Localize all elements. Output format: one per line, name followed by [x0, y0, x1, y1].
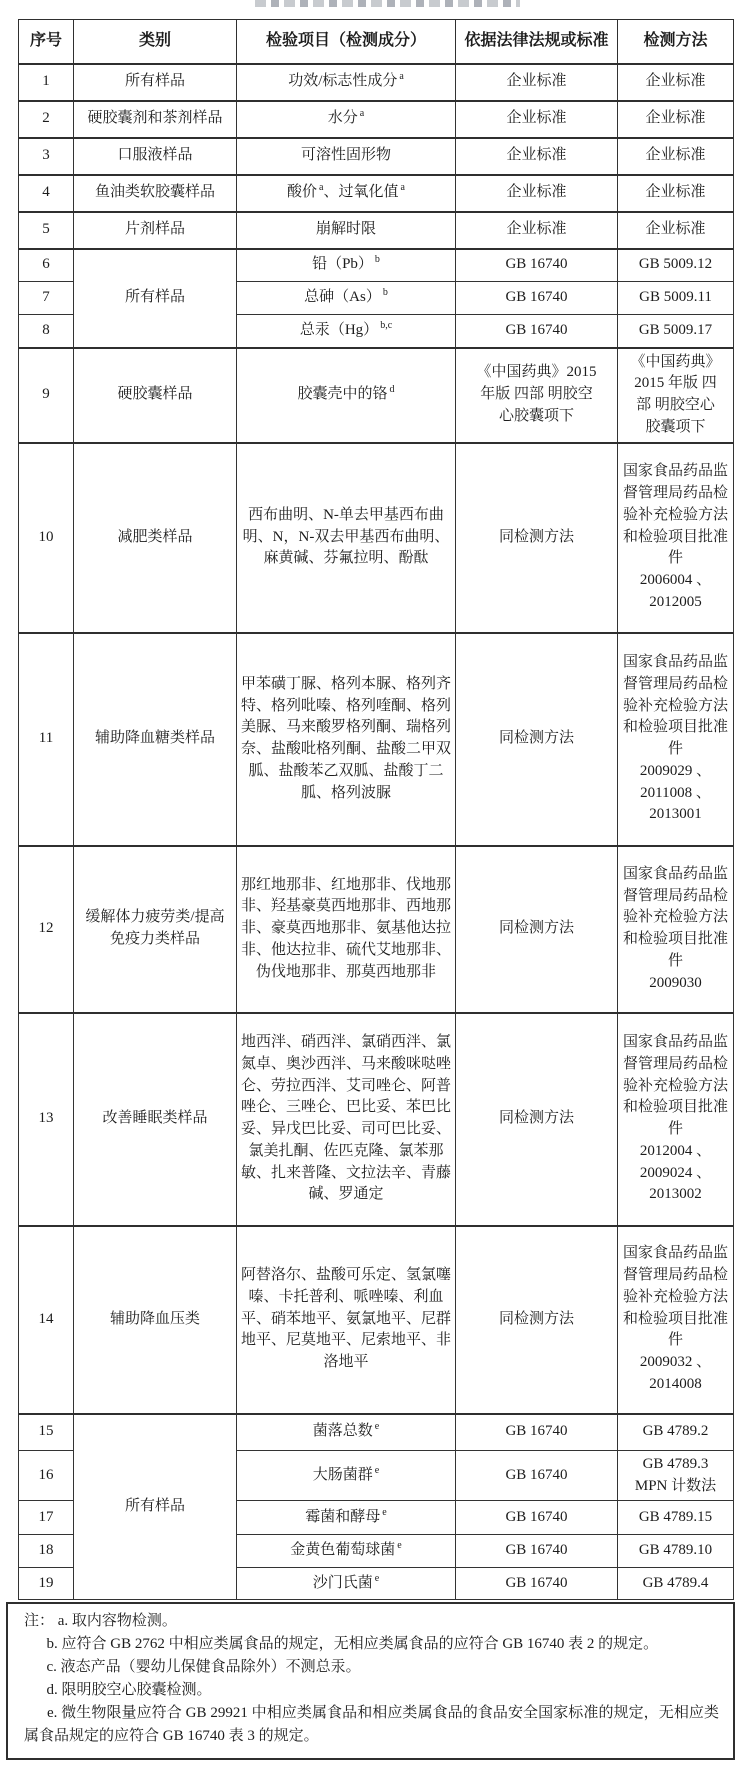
item-cell: 沙门氏菌e	[237, 1568, 456, 1600]
category-cell: 所有样品	[74, 1414, 237, 1600]
basis-cell: GB 16740	[456, 1451, 618, 1501]
table-row: 10 减肥类样品 西布曲明、N-单去甲基西布曲明、N，N-双去甲基西布曲明、麻黄…	[19, 443, 734, 633]
basis-cell: 企业标准	[456, 101, 618, 138]
method-cell: 国家食品药品监督管理局药品检验补充检验方法和检验项目批准件 2012004 、 …	[618, 1013, 734, 1226]
item-text: 酸价	[287, 184, 317, 200]
row-number-cell: 3	[19, 138, 74, 175]
item-text: 功效/标志性成分	[288, 73, 397, 89]
method-cell: GB 4789.4	[618, 1568, 734, 1600]
item-cell: 金黄色葡萄球菌e	[237, 1535, 456, 1568]
row-number-cell: 2	[19, 101, 74, 138]
item-cell: 甲苯磺丁脲、格列本脲、格列齐特、格列吡嗪、格列喹酮、格列美脲、马来酸罗格列酮、瑞…	[237, 633, 456, 846]
method-cell: 企业标准	[618, 212, 734, 249]
footnotes-box: 注： a. 取内容物检测。 b. 应符合 GB 2762 中相应类属食品的规定，…	[6, 1602, 735, 1760]
item-cell: 地西泮、硝西泮、氯硝西泮、氯氮卓、奥沙西泮、马来酸咪哒唑仑、劳拉西泮、艾司唑仑、…	[237, 1013, 456, 1226]
item-cell: 酸价a、过氧化值a	[237, 175, 456, 212]
inspection-items-table: 序号 类别 检验项目（检测成分） 依据法律法规或标准 检测方法 1 所有样品 功…	[18, 19, 734, 1600]
item-text: 水分	[328, 110, 358, 126]
category-cell: 口服液样品	[74, 138, 237, 175]
item-text: 沙门氏菌	[313, 1575, 373, 1591]
superscript-note-ref: e	[375, 1573, 379, 1584]
superscript-note-ref: b	[375, 254, 380, 265]
clipped-title-fragment	[255, 0, 520, 7]
basis-cell: GB 16740	[456, 249, 618, 282]
row-number-cell: 5	[19, 212, 74, 249]
superscript-note-ref: b,c	[380, 320, 392, 331]
row-number-cell: 19	[19, 1568, 74, 1600]
footnote-b: b. 应符合 GB 2762 中相应类属食品的规定，无相应类属食品的应符合 GB…	[24, 1633, 719, 1656]
category-cell: 所有样品	[74, 249, 237, 348]
footnote-a: 注： a. 取内容物检测。	[24, 1610, 719, 1633]
category-cell: 辅助降血压类	[74, 1226, 237, 1414]
table-row: 11 辅助降血糖类样品 甲苯磺丁脲、格列本脲、格列齐特、格列吡嗪、格列喹酮、格列…	[19, 633, 734, 846]
superscript-note-ref: a	[401, 182, 405, 193]
basis-cell: 企业标准	[456, 212, 618, 249]
basis-cell: 同检测方法	[456, 443, 618, 633]
table-row: 14 辅助降血压类 阿替洛尔、盐酸可乐定、氢氯噻嗪、卡托普利、哌唑嗪、利血平、硝…	[19, 1226, 734, 1414]
item-cell: 那红地那非、红地那非、伐地那非、羟基豪莫西地那非、西地那非、豪莫西地那非、氨基他…	[237, 846, 456, 1013]
table-row: 5 片剂样品 崩解时限 企业标准 企业标准	[19, 212, 734, 249]
item-cell: 水分a	[237, 101, 456, 138]
item-cell: 西布曲明、N-单去甲基西布曲明、N，N-双去甲基西布曲明、麻黄碱、芬氟拉明、酚酞	[237, 443, 456, 633]
header-row: 序号 类别 检验项目（检测成分） 依据法律法规或标准 检测方法	[19, 20, 734, 64]
basis-cell: 企业标准	[456, 64, 618, 101]
basis-cell: GB 16740	[456, 1535, 618, 1568]
method-cell: 国家食品药品监督管理局药品检验补充检验方法和检验项目批准件 2009032 、 …	[618, 1226, 734, 1414]
item-text: 胶囊壳中的铬	[297, 386, 387, 402]
row-number-cell: 17	[19, 1501, 74, 1535]
item-cell: 菌落总数e	[237, 1414, 456, 1451]
method-cell: 国家食品药品监督管理局药品检验补充检验方法和检验项目批准件 2009029 、 …	[618, 633, 734, 846]
table-row: 1 所有样品 功效/标志性成分a 企业标准 企业标准	[19, 64, 734, 101]
basis-cell: 企业标准	[456, 175, 618, 212]
method-cell: 企业标准	[618, 64, 734, 101]
method-cell: 企业标准	[618, 138, 734, 175]
item-text: 大肠菌群	[313, 1467, 373, 1483]
item-text: 金黄色葡萄球菌	[290, 1542, 395, 1558]
row-number-cell: 9	[19, 348, 74, 443]
table-row: 2 硬胶囊剂和茶剂样品 水分a 企业标准 企业标准	[19, 101, 734, 138]
footnote-d: d. 限明胶空心胶囊检测。	[24, 1679, 719, 1702]
method-cell: 国家食品药品监督管理局药品检验补充检验方法和检验项目批准件 2006004 、 …	[618, 443, 734, 633]
basis-cell: 同检测方法	[456, 633, 618, 846]
item-text: 、过氧化值	[324, 184, 399, 200]
method-cell: GB 4789.15	[618, 1501, 734, 1535]
row-number-cell: 10	[19, 443, 74, 633]
superscript-note-ref: d	[390, 384, 395, 395]
row-number-cell: 18	[19, 1535, 74, 1568]
item-cell: 总汞（Hg）b,c	[237, 315, 456, 348]
method-cell: GB 5009.12	[618, 249, 734, 282]
category-cell: 所有样品	[74, 64, 237, 101]
item-cell: 可溶性固形物	[237, 138, 456, 175]
item-cell: 霉菌和酵母e	[237, 1501, 456, 1535]
footnote-c: c. 液态产品（婴幼儿保健食品除外）不测总汞。	[24, 1656, 719, 1679]
method-cell: 国家食品药品监督管理局药品检验补充检验方法和检验项目批准件 2009030	[618, 846, 734, 1013]
header-category: 类别	[74, 20, 237, 64]
method-cell: 企业标准	[618, 175, 734, 212]
item-cell: 功效/标志性成分a	[237, 64, 456, 101]
inspection-table-sheet: 序号 类别 检验项目（检测成分） 依据法律法规或标准 检测方法 1 所有样品 功…	[6, 19, 735, 1760]
header-item: 检验项目（检测成分）	[237, 20, 456, 64]
row-number-cell: 6	[19, 249, 74, 282]
superscript-note-ref: e	[397, 1540, 401, 1551]
item-text: 铅（Pb）	[312, 256, 373, 272]
row-number-cell: 13	[19, 1013, 74, 1226]
method-cell: GB 4789.3 MPN 计数法	[618, 1451, 734, 1501]
table-row: 6 所有样品 铅（Pb）b GB 16740 GB 5009.12	[19, 249, 734, 282]
basis-cell: GB 16740	[456, 1501, 618, 1535]
basis-cell: 同检测方法	[456, 1226, 618, 1414]
method-cell: GB 4789.10	[618, 1535, 734, 1568]
header-method: 检测方法	[618, 20, 734, 64]
superscript-note-ref: a	[360, 108, 364, 119]
method-cell: GB 5009.11	[618, 282, 734, 315]
item-cell: 大肠菌群e	[237, 1451, 456, 1501]
category-cell: 缓解体力疲劳类/提高免疫力类样品	[74, 846, 237, 1013]
item-text: 总砷（As）	[304, 289, 381, 305]
superscript-note-ref: e	[375, 1465, 379, 1476]
category-cell: 减肥类样品	[74, 443, 237, 633]
header-no: 序号	[19, 20, 74, 64]
table-row: 15 所有样品 菌落总数e GB 16740 GB 4789.2	[19, 1414, 734, 1451]
category-cell: 鱼油类软胶囊样品	[74, 175, 237, 212]
method-cell: GB 5009.17	[618, 315, 734, 348]
category-cell: 辅助降血糖类样品	[74, 633, 237, 846]
footnote-e: e. 微生物限量应符合 GB 29921 中相应类属食品和相应类属食品的食品安全…	[24, 1702, 719, 1748]
category-cell: 硬胶囊剂和茶剂样品	[74, 101, 237, 138]
row-number-cell: 14	[19, 1226, 74, 1414]
row-number-cell: 1	[19, 64, 74, 101]
method-cell: GB 4789.2	[618, 1414, 734, 1451]
item-cell: 铅（Pb）b	[237, 249, 456, 282]
basis-cell: 同检测方法	[456, 1013, 618, 1226]
superscript-note-ref: a	[399, 71, 403, 82]
basis-cell: 企业标准	[456, 138, 618, 175]
row-number-cell: 7	[19, 282, 74, 315]
item-cell: 阿替洛尔、盐酸可乐定、氢氯噻嗪、卡托普利、哌唑嗪、利血平、硝苯地平、氨氯地平、尼…	[237, 1226, 456, 1414]
method-cell: 企业标准	[618, 101, 734, 138]
row-number-cell: 16	[19, 1451, 74, 1501]
table-row: 12 缓解体力疲劳类/提高免疫力类样品 那红地那非、红地那非、伐地那非、羟基豪莫…	[19, 846, 734, 1013]
row-number-cell: 12	[19, 846, 74, 1013]
item-cell: 胶囊壳中的铬d	[237, 348, 456, 443]
category-cell: 硬胶囊样品	[74, 348, 237, 443]
row-number-cell: 15	[19, 1414, 74, 1451]
item-text: 菌落总数	[313, 1423, 373, 1439]
basis-cell: GB 16740	[456, 1568, 618, 1600]
row-number-cell: 4	[19, 175, 74, 212]
table-row: 4 鱼油类软胶囊样品 酸价a、过氧化值a 企业标准 企业标准	[19, 175, 734, 212]
superscript-note-ref: e	[375, 1421, 379, 1432]
item-cell: 总砷（As）b	[237, 282, 456, 315]
table-row: 13 改善睡眠类样品 地西泮、硝西泮、氯硝西泮、氯氮卓、奥沙西泮、马来酸咪哒唑仑…	[19, 1013, 734, 1226]
row-number-cell: 8	[19, 315, 74, 348]
method-cell: 《中国药典》 2015 年版 四 部 明胶空心 胶囊项下	[618, 348, 734, 443]
table-row: 9 硬胶囊样品 胶囊壳中的铬d 《中国药典》2015 年版 四部 明胶空 心胶囊…	[19, 348, 734, 443]
item-text: 总汞（Hg）	[300, 322, 378, 338]
category-cell: 片剂样品	[74, 212, 237, 249]
item-cell: 崩解时限	[237, 212, 456, 249]
superscript-note-ref: e	[382, 1507, 386, 1518]
superscript-note-ref: b	[383, 287, 388, 298]
basis-cell: GB 16740	[456, 282, 618, 315]
basis-cell: GB 16740	[456, 315, 618, 348]
header-basis: 依据法律法规或标准	[456, 20, 618, 64]
basis-cell: GB 16740	[456, 1414, 618, 1451]
category-cell: 改善睡眠类样品	[74, 1013, 237, 1226]
table-row: 3 口服液样品 可溶性固形物 企业标准 企业标准	[19, 138, 734, 175]
basis-cell: 同检测方法	[456, 846, 618, 1013]
row-number-cell: 11	[19, 633, 74, 846]
basis-cell: 《中国药典》2015 年版 四部 明胶空 心胶囊项下	[456, 348, 618, 443]
item-text: 霉菌和酵母	[305, 1509, 380, 1525]
